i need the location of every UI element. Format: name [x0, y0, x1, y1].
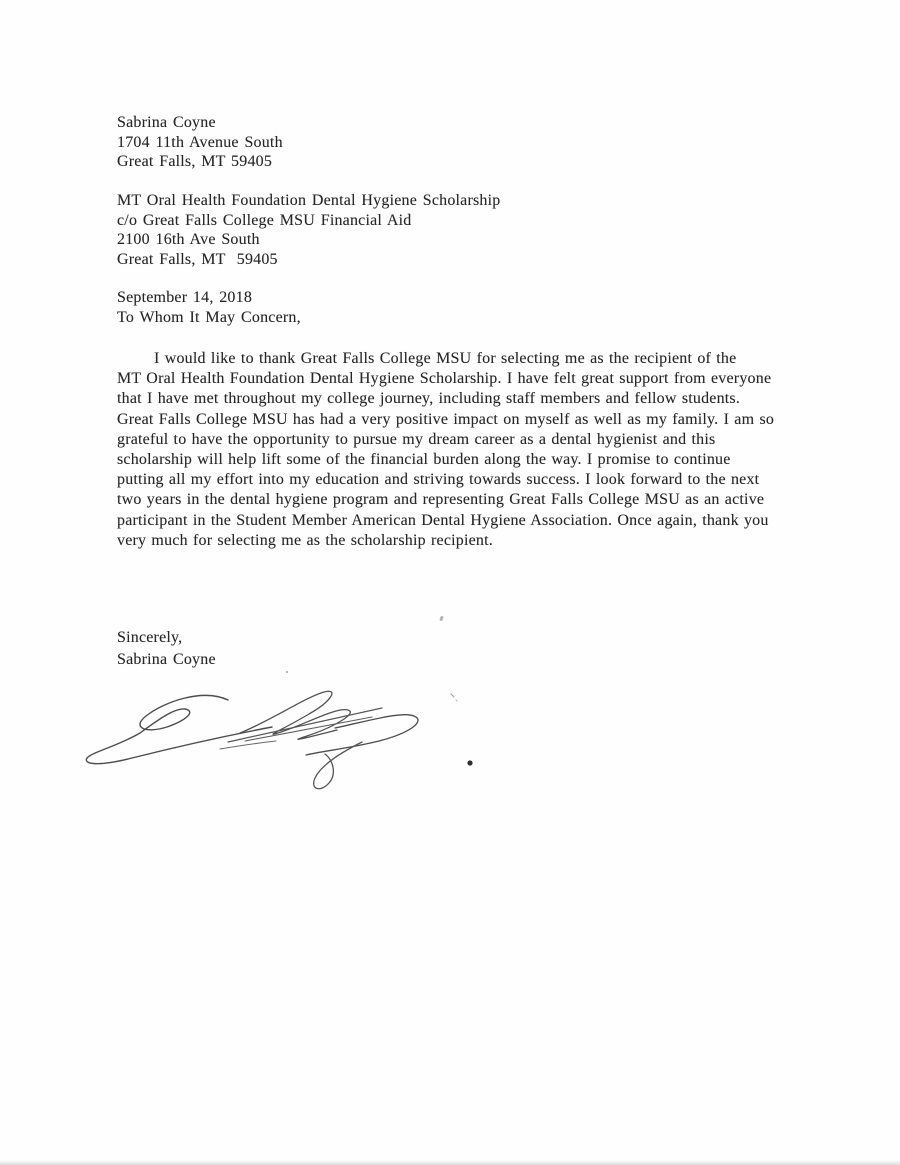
scanned-letter-page: Sabrina Coyne 1704 11th Avenue South Gre…	[0, 0, 900, 1165]
recipient-care-of: c/o Great Falls College MSU Financial Ai…	[117, 211, 500, 231]
closing-block: Sincerely, Sabrina Coyne	[117, 627, 216, 670]
body-line: two years in the dental hygiene program …	[117, 490, 829, 510]
body-line: grateful to have the opportunity to purs…	[117, 430, 829, 450]
sender-street: 1704 11th Avenue South	[117, 133, 283, 153]
sender-name: Sabrina Coyne	[117, 113, 283, 133]
body-line: very much for selecting me as the schola…	[117, 531, 829, 551]
scan-bottom-edge	[0, 1160, 900, 1165]
valediction: Sincerely,	[117, 627, 216, 649]
body-line: MT Oral Health Foundation Dental Hygiene…	[117, 369, 829, 389]
scan-speck	[439, 616, 444, 622]
recipient-address-block: MT Oral Health Foundation Dental Hygiene…	[117, 191, 500, 269]
signed-name: Sabrina Coyne	[117, 649, 216, 671]
sender-city-state-zip: Great Falls, MT 59405	[117, 152, 283, 172]
signature-scribble-icon	[80, 680, 500, 800]
body-line: participant in the Student Member Americ…	[117, 511, 829, 531]
letter-date: September 14, 2018	[117, 288, 301, 308]
body-line: putting all my effort into my education …	[117, 470, 829, 490]
recipient-city-state-zip: Great Falls, MT 59405	[117, 250, 500, 270]
body-line: that I have met throughout my college jo…	[117, 389, 829, 409]
body-line: Great Falls College MSU has had a very p…	[117, 410, 829, 430]
date-salutation-block: September 14, 2018 To Whom It May Concer…	[117, 288, 301, 327]
recipient-org: MT Oral Health Foundation Dental Hygiene…	[117, 191, 500, 211]
scan-speck	[286, 671, 288, 673]
letter-body-paragraph: I would like to thank Great Falls Colleg…	[117, 349, 829, 551]
handwritten-signature	[80, 680, 500, 800]
salutation: To Whom It May Concern,	[117, 308, 301, 328]
body-line: scholarship will help lift some of the f…	[117, 450, 829, 470]
recipient-street: 2100 16th Ave South	[117, 230, 500, 250]
body-line: I would like to thank Great Falls Colleg…	[117, 349, 829, 369]
sender-address-block: Sabrina Coyne 1704 11th Avenue South Gre…	[117, 113, 283, 172]
